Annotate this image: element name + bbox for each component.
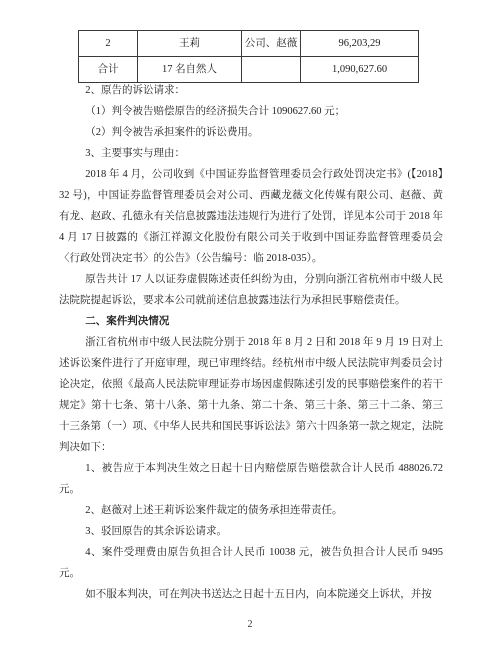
paragraph: 3、主要事实与理由：	[59, 143, 443, 164]
document-page: 2王莉公司、赵薇96,203,29合计17 名自然人1,090,627.60 2…	[0, 0, 500, 652]
table-cell: 公司、赵薇	[242, 31, 301, 57]
paragraph: 如不服本判决，可在判决书送达之日起十五日内，向本院递交上诉状，并按	[59, 584, 443, 605]
table-cell: 1,090,627.60	[301, 57, 419, 83]
plaintiffs-table-body: 2王莉公司、赵薇96,203,29合计17 名自然人1,090,627.60	[79, 31, 419, 83]
paragraph: （2）判令被告承担案件的诉讼费用。	[59, 122, 443, 143]
paragraph: 浙江省杭州市中级人民法院分别于 2018 年 8 月 2 日和 2018 年 9…	[59, 332, 443, 458]
document-body: 2、原告的诉讼请求：（1）判令被告赔偿原告的经济损失合计 1090627.60 …	[59, 80, 443, 605]
table-cell: 2	[79, 31, 138, 57]
paragraph: 3、驳回原告的其余诉讼请求。	[59, 521, 443, 542]
paragraph: （1）判令被告赔偿原告的经济损失合计 1090627.60 元；	[59, 101, 443, 122]
page-number: 2	[0, 619, 500, 630]
section-heading: 二、案件判决情况	[59, 311, 443, 332]
paragraph: 4、案件受理费由原告负担合计人民币 10038 元，被告负担合计人民币 9495…	[59, 542, 443, 584]
table-row: 合计17 名自然人1,090,627.60	[79, 57, 419, 83]
table-row: 2王莉公司、赵薇96,203,29	[79, 31, 419, 57]
table-cell: 17 名自然人	[138, 57, 242, 83]
plaintiffs-table: 2王莉公司、赵薇96,203,29合计17 名自然人1,090,627.60	[78, 30, 419, 83]
paragraph: 2018 年 4 月，公司收到《中国证券监督管理委员会行政处罚决定书》(【201…	[59, 164, 443, 269]
paragraph: 1、被告应于本判决生效之日起十日内赔偿原告赔偿款合计人民币 488026.72 …	[59, 458, 443, 500]
table-cell: 王莉	[138, 31, 242, 57]
paragraph: 2、原告的诉讼请求：	[59, 80, 443, 101]
table-cell: 合计	[79, 57, 138, 83]
table-cell	[242, 57, 301, 83]
table-cell: 96,203,29	[301, 31, 419, 57]
paragraph: 原告共计 17 人以证券虚假陈述责任纠纷为由，分别向浙江省杭州市中级人民法院院提…	[59, 269, 443, 311]
paragraph: 2、赵薇对上述王莉诉讼案件裁定的债务承担连带责任。	[59, 500, 443, 521]
